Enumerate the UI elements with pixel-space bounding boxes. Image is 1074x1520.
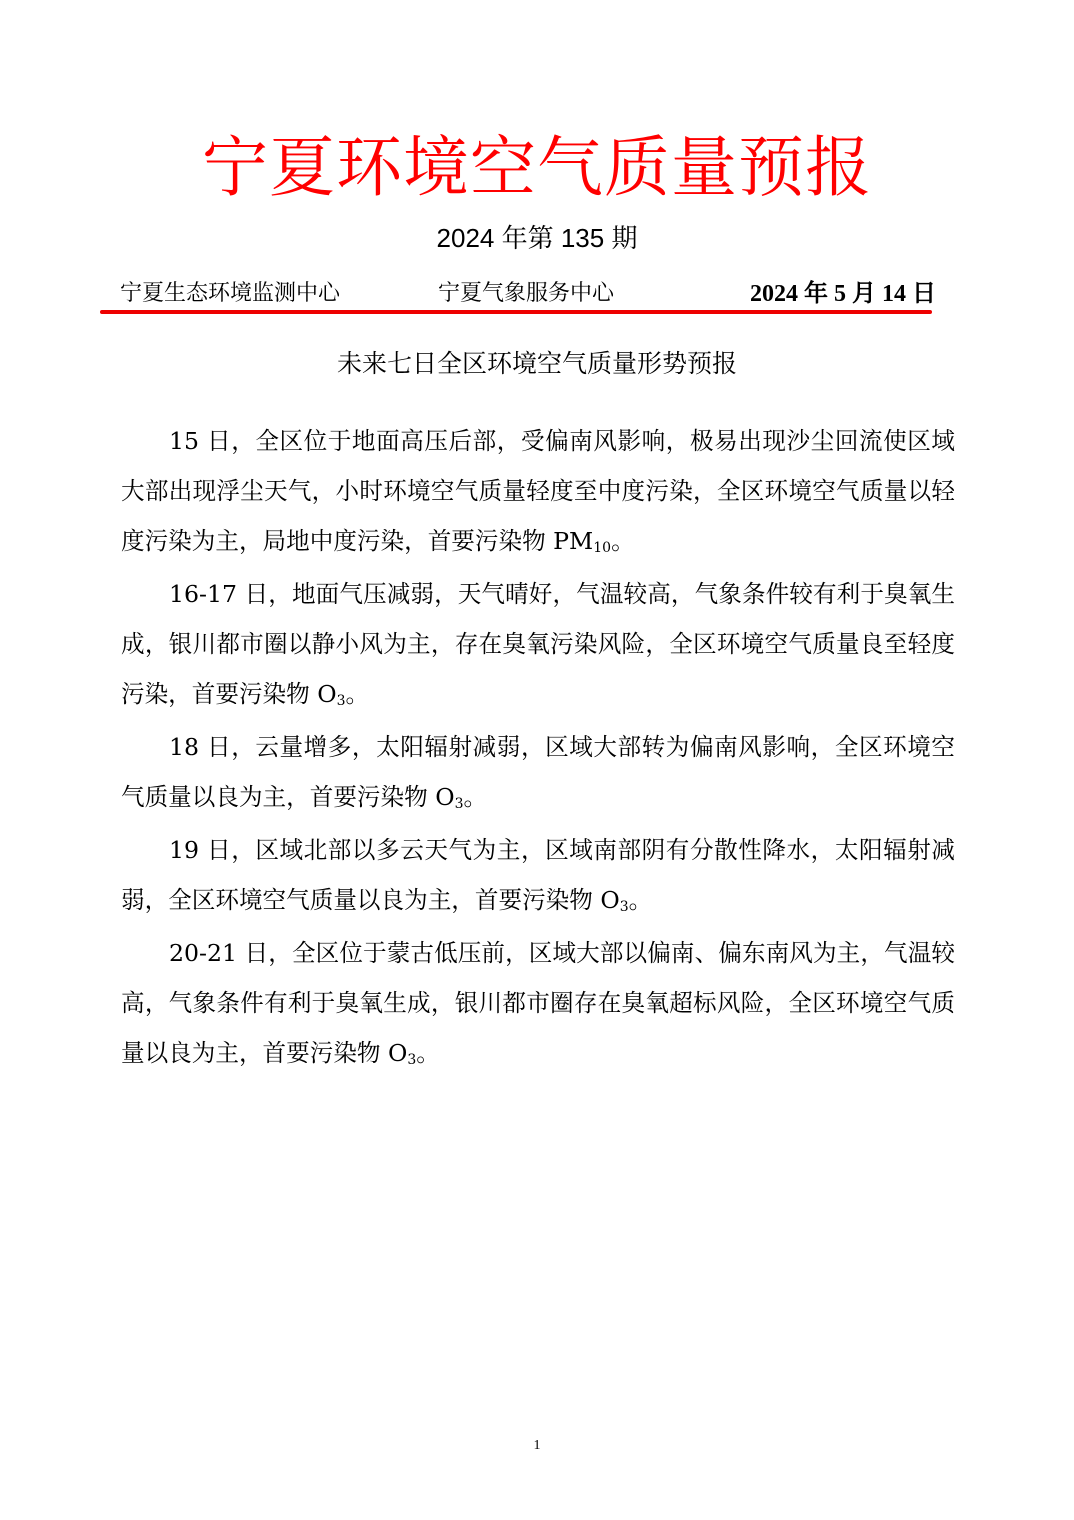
forecast-paragraph-day-19: 19 日，区域北部以多云天气为主，区域南部阴有分散性降水，太阳辐射减弱，全区环境… (121, 825, 955, 925)
issuer-meteorological-center: 宁夏气象服务中心 (438, 276, 614, 312)
issuer-monitoring-center: 宁夏生态环境监测中心 (120, 276, 340, 312)
paragraph-tail: 。 (416, 1039, 440, 1067)
issue-number: 2024 年第 135 期 (0, 220, 1074, 256)
forecast-paragraph-day-18: 18 日，云量增多，太阳辐射减弱，区域大部转为偏南风影响，全区环境空气质量以良为… (121, 722, 955, 822)
paragraph-text: 18 日，云量增多，太阳辐射减弱，区域大部转为偏南风影响，全区环境空气质量以良为… (121, 733, 955, 811)
paragraph-tail: 。 (346, 680, 370, 708)
forecast-paragraph-day-16-17: 16-17 日，地面气压减弱，天气晴好，气温较高，气象条件较有利于臭氧生成，银川… (121, 569, 955, 719)
paragraph-tail: 。 (611, 527, 635, 555)
forecast-paragraph-day-20-21: 20-21 日，全区位于蒙古低压前，区域大部以偏南、偏东南风为主，气温较高，气象… (121, 928, 955, 1078)
page-number: 1 (0, 1436, 1074, 1456)
paragraph-text: 20-21 日，全区位于蒙古低压前，区域大部以偏南、偏东南风为主，气温较高，气象… (121, 939, 955, 1067)
issue-date: 2024 年 5 月 14 日 (750, 276, 936, 312)
subscript: 3 (337, 693, 346, 709)
paragraph-tail: 。 (629, 886, 653, 914)
subscript: 10 (593, 540, 611, 556)
document-page: 宁夏环境空气质量预报 2024 年第 135 期 宁夏生态环境监测中心 宁夏气象… (0, 0, 1074, 1520)
section-title: 未来七日全区环境空气质量形势预报 (0, 344, 1074, 384)
issuer-row: 宁夏生态环境监测中心 宁夏气象服务中心 2024 年 5 月 14 日 (120, 276, 936, 312)
paragraph-tail: 。 (463, 783, 487, 811)
red-divider-rule (100, 310, 932, 314)
forecast-paragraph-day-15: 15 日，全区位于地面高压后部，受偏南风影响，极易出现沙尘回流使区域大部出现浮尘… (121, 416, 955, 566)
subscript: 3 (620, 899, 629, 915)
masthead-title: 宁夏环境空气质量预报 (0, 128, 1074, 208)
forecast-body: 15 日，全区位于地面高压后部，受偏南风影响，极易出现沙尘回流使区域大部出现浮尘… (121, 416, 955, 1081)
subscript: 3 (407, 1052, 416, 1068)
paragraph-text: 16-17 日，地面气压减弱，天气晴好，气温较高，气象条件较有利于臭氧生成，银川… (121, 580, 955, 708)
paragraph-text: 15 日，全区位于地面高压后部，受偏南风影响，极易出现沙尘回流使区域大部出现浮尘… (121, 427, 955, 555)
paragraph-text: 19 日，区域北部以多云天气为主，区域南部阴有分散性降水，太阳辐射减弱，全区环境… (121, 836, 955, 914)
